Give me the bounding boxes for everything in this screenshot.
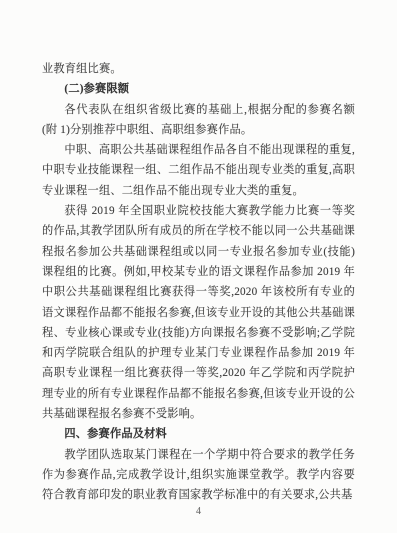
paragraph-no-duplication: 中职、高职公共基础课程组作品各自不能出现课程的重复,中职专业技能课程一组、二组作…: [42, 140, 355, 201]
section-heading-entry-quota: (二)参赛限额: [42, 79, 355, 99]
paragraph-entry-works-intro: 教学团队选取某门课程在一个学期中符合要求的教学任务作为参赛作品,完成教学设计,组…: [42, 445, 355, 506]
page-number: 4: [0, 506, 397, 517]
paragraph-first-prize-restriction: 获得 2019 年全国职业院校技能大赛教学能力比赛一等奖的作品,其教学团队所有成…: [42, 201, 355, 424]
document-body: 业教育组比赛。(二)参赛限额各代表队在组织省级比赛的基础上,根据分配的参赛名额(…: [42, 59, 355, 506]
document-page: 业教育组比赛。(二)参赛限额各代表队在组织省级比赛的基础上,根据分配的参赛名额(…: [0, 0, 397, 533]
section-heading-entry-works: 四、参赛作品及材料: [42, 424, 355, 444]
paragraph-continuation: 业教育组比赛。: [42, 59, 355, 79]
paragraph-quota-allocation: 各代表队在组织省级比赛的基础上,根据分配的参赛名额(附 1)分别推荐中职组、高职…: [42, 100, 355, 141]
